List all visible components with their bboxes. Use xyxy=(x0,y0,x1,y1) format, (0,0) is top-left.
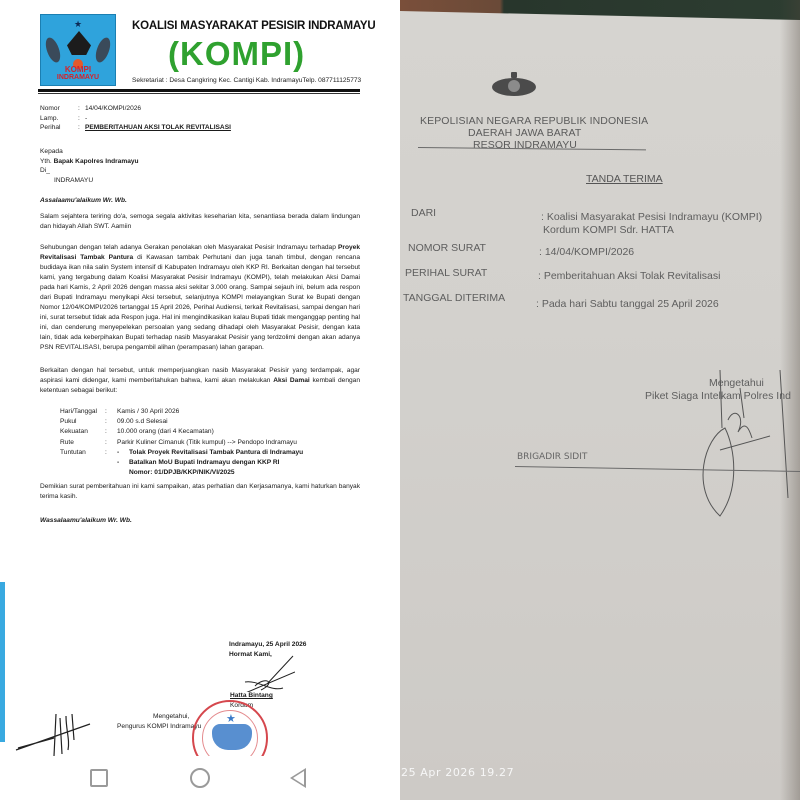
detail-row: Rute:Parkir Kuliner Cimanuk (Titik kumpu… xyxy=(60,438,360,448)
detail-value: 09.00 s.d Selesai xyxy=(117,417,168,427)
home-icon[interactable] xyxy=(190,768,210,788)
photo-timestamp: 25 Apr 2026 19.27 xyxy=(401,766,514,779)
bullet: - xyxy=(117,448,129,458)
demands-list: -Tolak Proyek Revitalisasi Tambak Pantur… xyxy=(117,448,303,479)
row-label: DARI xyxy=(411,207,436,219)
detail-label: Rute xyxy=(60,438,105,448)
action-details: Hari/Tanggal:Kamis / 30 April 2026 Pukul… xyxy=(60,407,360,478)
colon: : xyxy=(105,407,117,417)
acknowledge-block: Mengetahui, Pengurus KOMPI Indramayu xyxy=(117,712,201,732)
org-address: Sekretariat : Desa Cangkring Kec. Cantig… xyxy=(132,77,361,84)
paragraph-background: Sehubungan dengan telah adanya Gerakan p… xyxy=(40,243,360,353)
house-icon xyxy=(67,31,91,55)
photo-background xyxy=(400,0,800,20)
fish-icon xyxy=(43,36,63,65)
demand-item: -Tolak Proyek Revitalisasi Tambak Pantur… xyxy=(117,448,303,458)
letterhead-divider xyxy=(38,89,360,92)
signer-name: Hatta Bintang xyxy=(230,691,273,701)
row-label: TANGGAL DITERIMA xyxy=(403,292,505,304)
fish-icon xyxy=(93,36,113,65)
demand-item: Nomor: 01/DPJB/KKP/NIK/VI/2025 xyxy=(117,468,303,478)
meta-perihal: Perihal:PEMBERITAHUAN AKSI TOLAK REVITAL… xyxy=(40,123,231,133)
sign-name: BRIGADIR SIDIT xyxy=(517,452,587,462)
detail-row: Pukul:09.00 s.d Selesai xyxy=(60,417,360,427)
detail-row: Tuntutan: -Tolak Proyek Revitalisasi Tam… xyxy=(60,448,360,479)
demand-text: Tolak Proyek Revitalisasi Tambak Pantura… xyxy=(129,448,303,458)
recipient-name: Bapak Kapolres Indramayu xyxy=(54,158,139,165)
detail-value: 10.000 orang (dari 4 Kecamatan) xyxy=(117,427,214,437)
detail-label: Hari/Tanggal xyxy=(60,407,105,417)
letterhead: ★ KOMPI INDRAMAYU KOALISI MASYARAKAT PES… xyxy=(40,14,360,86)
meta-label: Nomor xyxy=(40,104,78,114)
farewell: Wassalaamu'alaikum Wr. Wb. xyxy=(40,516,132,526)
institution-line1: KEPOLISIAN NEGARA REPUBLIK INDONESIA xyxy=(420,115,648,127)
meta-label: Perihal xyxy=(40,123,78,133)
recipient-name-line: Yth. Bapak Kapolres Indramayu xyxy=(40,157,139,167)
stamp-emblem xyxy=(212,724,252,750)
logo-city: INDRAMAYU xyxy=(41,74,115,81)
detail-row: Hari/Tanggal:Kamis / 30 April 2026 xyxy=(60,407,360,417)
letterhead-divider-thin xyxy=(38,93,360,94)
detail-row: Kekuatan:10.000 orang (dari 4 Kecamatan) xyxy=(60,427,360,437)
row-value-2: Kordum KOMPI Sdr. HATTA xyxy=(543,224,674,236)
detail-value: Kamis / 30 April 2026 xyxy=(117,407,179,417)
colon: : xyxy=(105,438,117,448)
recipient-line: Kepada xyxy=(40,147,139,157)
institution-line2: DAERAH JAWA BARAT xyxy=(468,127,581,139)
action-name: Aksi Damai xyxy=(273,377,310,384)
android-navbar xyxy=(0,756,400,800)
detail-label: Tuntutan xyxy=(60,448,105,479)
detail-label: Kekuatan xyxy=(60,427,105,437)
text: Sehubungan dengan telah adanya Gerakan p… xyxy=(40,244,338,251)
polri-emblem-icon xyxy=(492,72,536,96)
kompi-letter-screenshot: ★ KOMPI INDRAMAYU KOALISI MASYARAKAT PES… xyxy=(0,0,400,800)
demand-text: Nomor: 01/DPJB/KKP/NIK/VI/2025 xyxy=(129,468,235,478)
demand-text: Batalkan MoU Bupati Indramayu dengan KKP… xyxy=(129,458,279,468)
acknowledge-label: Mengetahui, xyxy=(117,712,201,722)
recipient-block: Kepada Yth. Bapak Kapolres Indramayu Di_… xyxy=(40,147,139,185)
row-value: : Koalisi Masyarakat Pesisi Indramayu (K… xyxy=(541,211,762,223)
demand-item: -Batalkan MoU Bupati Indramayu dengan KK… xyxy=(117,458,303,468)
kompi-logo: ★ KOMPI INDRAMAYU xyxy=(40,14,116,86)
police-receipt-photo: KEPOLISIAN NEGARA REPUBLIK INDONESIA DAE… xyxy=(400,0,800,800)
meta-value: 14/04/KOMPI/2026 xyxy=(85,104,141,114)
colon: : xyxy=(78,123,85,133)
recent-apps-icon[interactable] xyxy=(90,769,108,787)
colon: : xyxy=(105,417,117,427)
colon: : xyxy=(105,427,117,437)
page-edge xyxy=(0,582,5,742)
row-label: PERIHAL SURAT xyxy=(405,267,487,279)
receipt-title: TANDA TERIMA xyxy=(586,173,663,185)
star-icon: ★ xyxy=(74,19,82,30)
row-label: NOMOR SURAT xyxy=(408,242,486,254)
recipient-city: INDRAMAYU xyxy=(40,176,139,186)
emblem-center xyxy=(508,80,520,92)
paragraph-opening: Salam sejahtera teriring do'a, semoga se… xyxy=(40,212,360,232)
bullet xyxy=(117,468,129,478)
colon: : xyxy=(78,114,85,124)
place-date: Indramayu, 25 April 2026 xyxy=(229,640,306,650)
receipt-signature xyxy=(680,368,800,518)
row-value: : 14/04/KOMPI/2026 xyxy=(539,246,634,258)
meta-label: Lamp. xyxy=(40,114,78,124)
row-value: : Pada hari Sabtu tanggal 25 April 2026 xyxy=(536,298,719,310)
signature-hatta xyxy=(225,652,295,692)
colon: : xyxy=(105,448,117,479)
recipient-line: Di_ xyxy=(40,166,139,176)
colon: : xyxy=(78,104,85,114)
letter-meta: Nomor:14/04/KOMPI/2026 Lamp.:- Perihal:P… xyxy=(40,104,231,133)
meta-lamp: Lamp.:- xyxy=(40,114,231,124)
detail-value: Parkir Kuliner Cimanuk (Titik kumpul) --… xyxy=(117,438,297,448)
detail-label: Pukul xyxy=(60,417,105,427)
paragraph-closing: Demikian surat pemberitahuan ini kami sa… xyxy=(40,482,360,502)
logo-name: KOMPI xyxy=(41,65,115,74)
bullet: - xyxy=(117,458,129,468)
meta-value: - xyxy=(85,114,87,124)
greeting: Assalaamu'alaikum Wr. Wb. xyxy=(40,196,127,206)
row-value: : Pemberitahuan Aksi Tolak Revitalisasi xyxy=(538,270,720,282)
meta-nomor: Nomor:14/04/KOMPI/2026 xyxy=(40,104,231,114)
acknowledge-org: Pengurus KOMPI Indramayu xyxy=(117,722,201,732)
back-icon[interactable] xyxy=(290,768,306,788)
signature-pengurus xyxy=(14,710,94,760)
meta-value: PEMBERITAHUAN AKSI TOLAK REVITALISASI xyxy=(85,123,231,133)
paragraph-notice: Berkaitan dengan hal tersebut, untuk mem… xyxy=(40,366,360,396)
org-abbreviation: (KOMPI) xyxy=(168,35,305,73)
recipient-prefix: Yth. xyxy=(40,158,54,165)
org-name: KOALISI MASYARAKAT PESISIR INDRAMAYU xyxy=(132,20,376,32)
text: di Kawasan tambak Perhutani dan juga tan… xyxy=(40,254,360,351)
